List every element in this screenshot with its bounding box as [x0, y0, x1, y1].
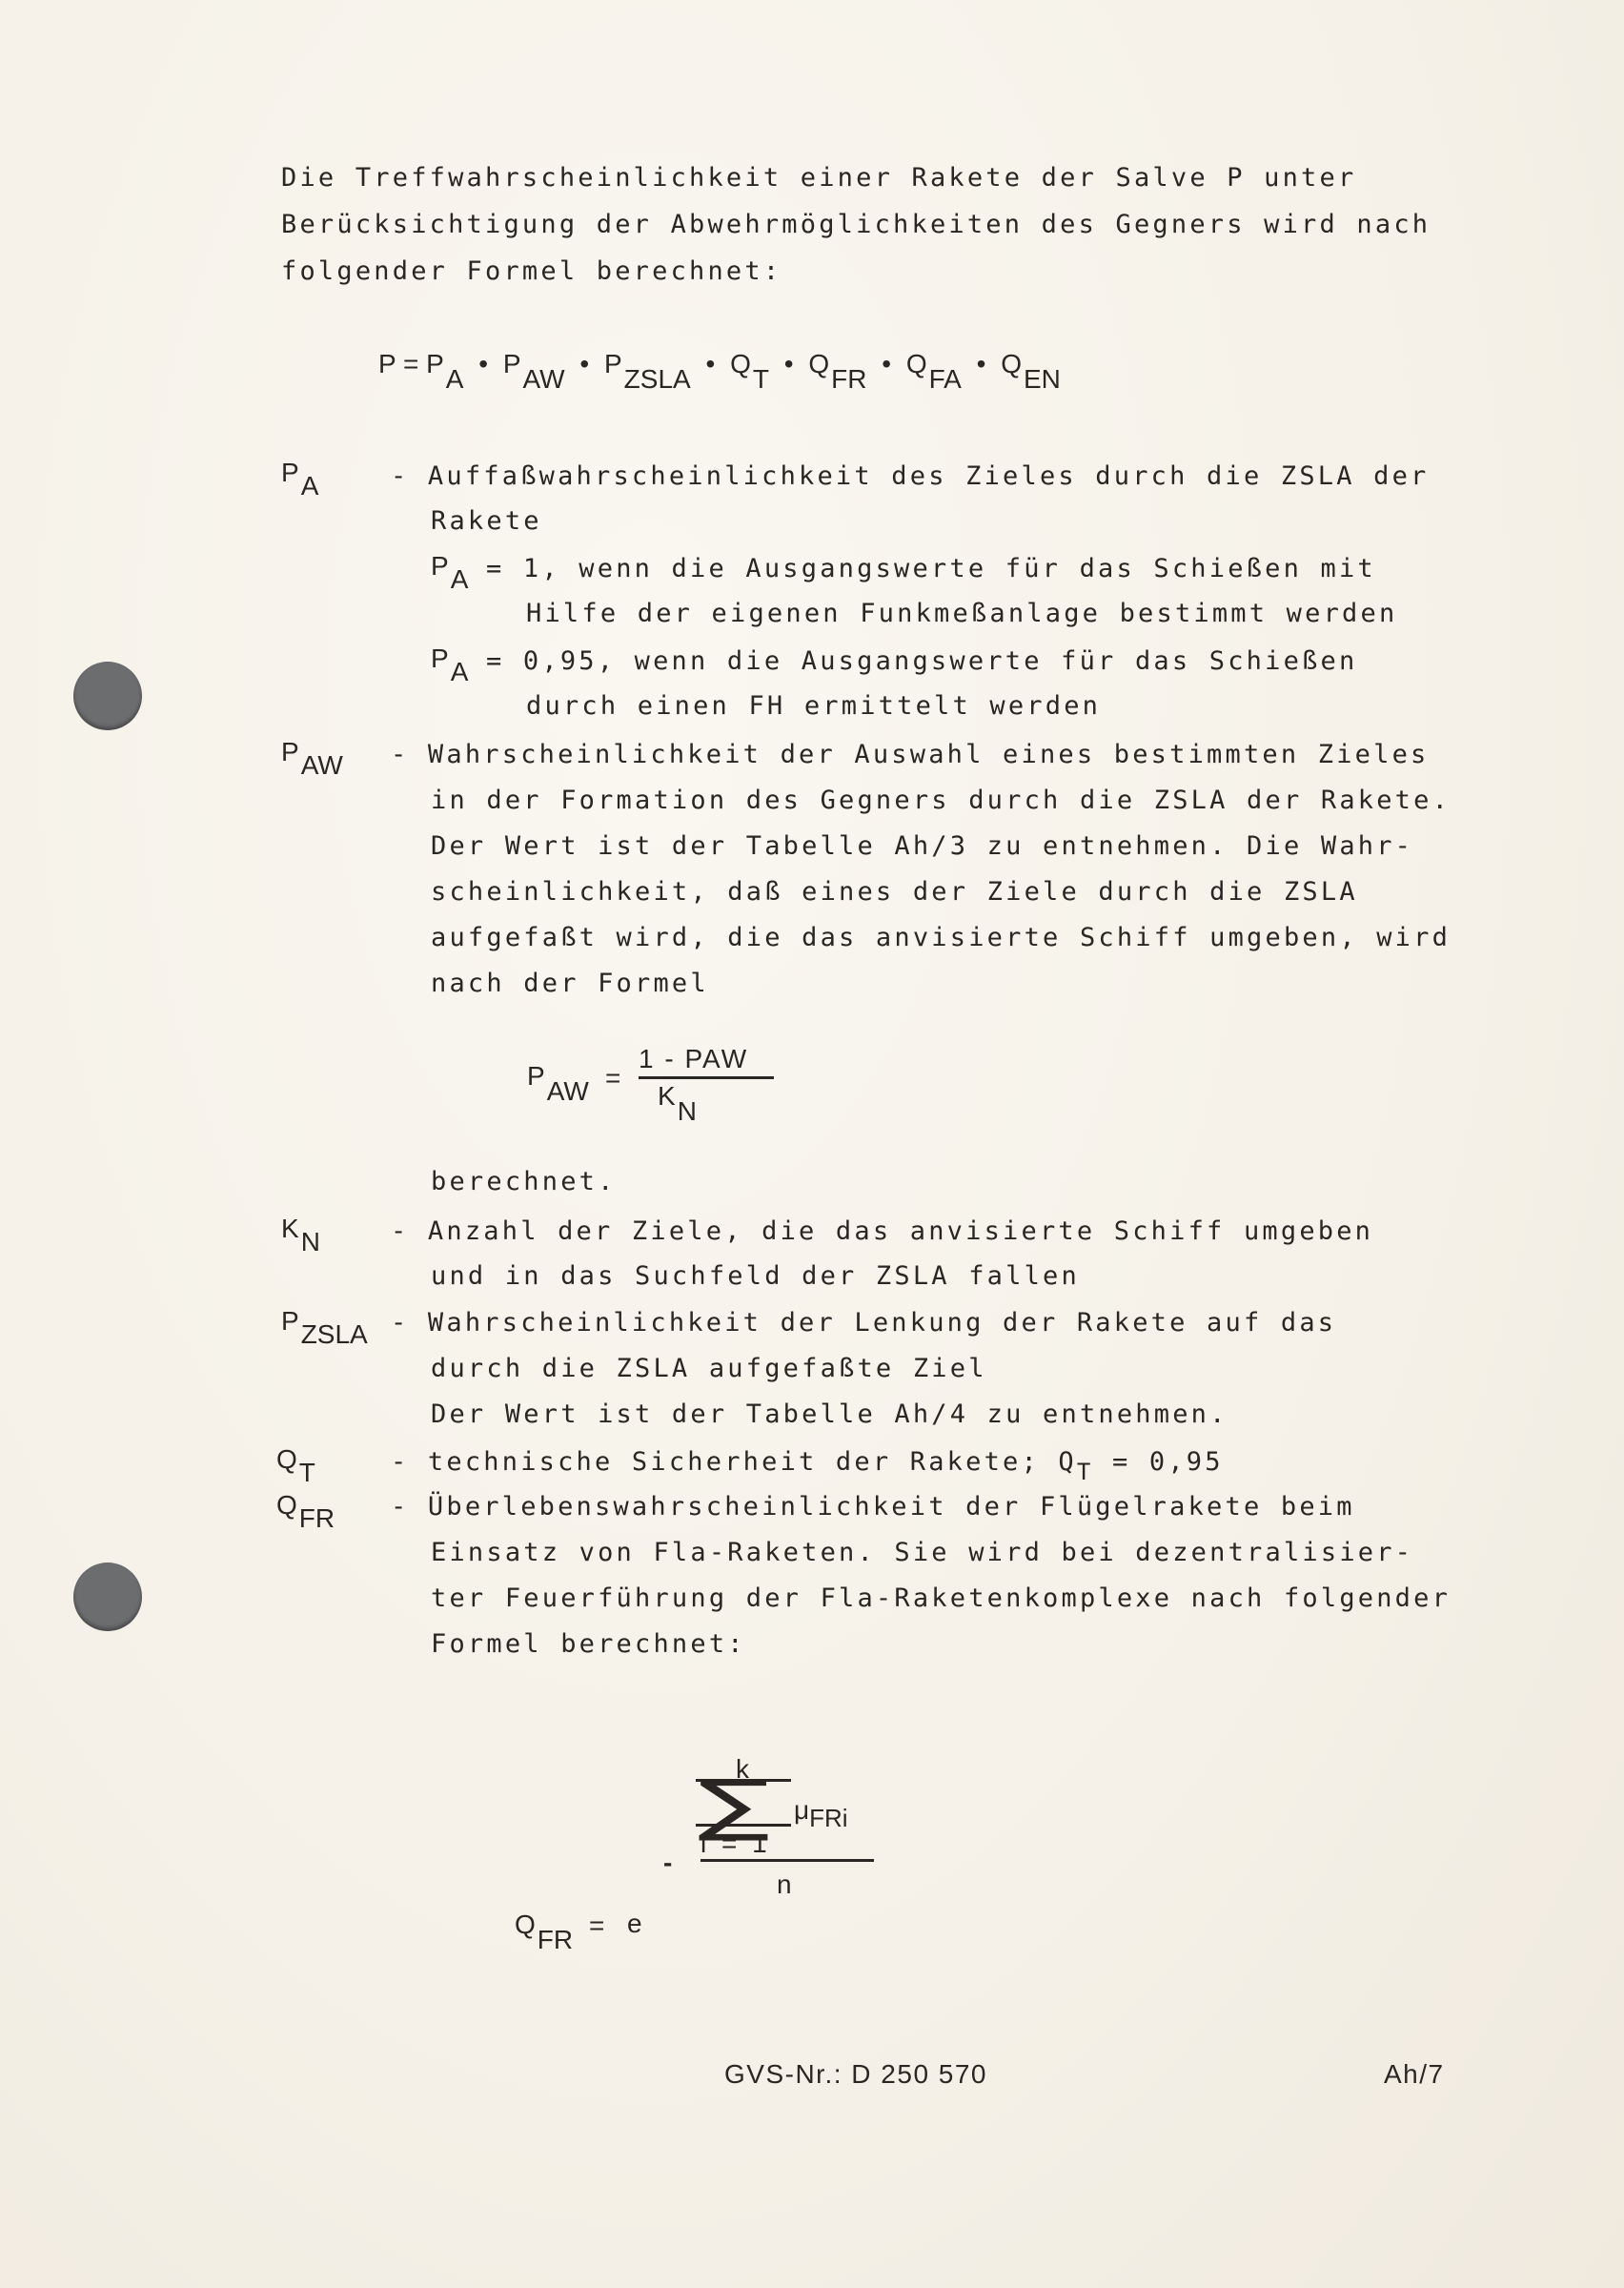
multiply-dot: • [969, 349, 993, 378]
definition-text: Einsatz von Fla-Raketen. Sie wird bei de… [431, 1540, 1413, 1565]
case-text: Hilfe der eigenen Funkmeßanlage bestimmt… [526, 601, 1397, 626]
intro-line: folgender Formel berechnet: [281, 258, 782, 284]
symbol-qt: QT [276, 1446, 315, 1486]
definition-text: Rakete [431, 508, 542, 534]
qfr-lhs: QFR [515, 1911, 573, 1953]
formula-term: PA [426, 349, 463, 378]
formula-term: QT [730, 349, 769, 378]
multiply-dot: • [777, 349, 801, 378]
main-formula: P = PA • PAW • PZSLA • QT • QFR • QFA • … [378, 351, 1061, 393]
multiply-dot: • [573, 349, 597, 378]
definition-text: berechnet. [431, 1169, 617, 1195]
punch-hole [73, 1563, 142, 1631]
multiply-dot: • [874, 349, 898, 378]
definition-text: - Überlebenswahrscheinlichkeit der Flüge… [391, 1494, 1355, 1520]
multiply-dot: • [699, 349, 722, 378]
symbol-pa: PA [431, 553, 468, 593]
sum-bottom-bar [696, 1824, 791, 1827]
punch-hole [73, 662, 142, 730]
symbol-paw: PAW [281, 739, 343, 779]
symbol-pa: PA [281, 460, 318, 500]
document-page: Die Treffwahrscheinlichkeit einer Rakete… [0, 0, 1624, 2288]
case-text: = 0,95, wenn die Ausgangswerte für das S… [486, 648, 1357, 674]
definition-text: - technische Sicherheit der Rakete; QT =… [391, 1449, 1224, 1483]
exponent-minus: - [663, 1849, 672, 1876]
symbol-pa: PA [431, 645, 468, 685]
paw-numerator: 1 - PAW [639, 1046, 748, 1072]
exponent-denominator: n [777, 1871, 792, 1898]
multiply-dot: • [471, 349, 495, 378]
definition-text: Der Wert ist der Tabelle Ah/4 zu entnehm… [431, 1401, 1228, 1427]
symbol-kn: KN [281, 1215, 320, 1256]
definition-text: durch die ZSLA aufgefaßte Ziel [431, 1356, 987, 1381]
definition-text: aufgefaßt wird, die das anvisierte Schif… [431, 925, 1451, 950]
definition-text: - Auffaßwahrscheinlichkeit des Zieles du… [391, 463, 1430, 489]
definition-text: und in das Suchfeld der ZSLA fallen [431, 1263, 1080, 1289]
case-text: durch einen FH ermittelt werden [526, 693, 1101, 719]
definition-text: Der Wert ist der Tabelle Ah/3 zu entnehm… [431, 833, 1413, 859]
sum-term: μFRi [794, 1797, 848, 1824]
symbol-pzsla: PZSLA [281, 1308, 368, 1348]
sum-lower-limit: i = 1 [700, 1830, 771, 1857]
symbol-qfr: QFR [276, 1492, 335, 1532]
definition-text: - Anzahl der Ziele, die das anvisierte S… [391, 1218, 1373, 1244]
page-reference: Ah/7 [1384, 2059, 1445, 2090]
definition-text: ter Feuerführung der Fla-Raketenkomplexe… [431, 1585, 1451, 1611]
formula-term: PZSLA [604, 349, 691, 378]
paw-denominator: KN [658, 1083, 697, 1125]
base-e: e [627, 1910, 642, 1937]
intro-line: Die Treffwahrscheinlichkeit einer Rakete… [281, 165, 1356, 191]
formula-term: PAW [503, 349, 565, 378]
definition-text: - Wahrscheinlichkeit der Lenkung der Rak… [391, 1310, 1336, 1336]
formula-term: QFA [906, 349, 962, 378]
definition-text: in der Formation des Gegners durch die Z… [431, 787, 1451, 813]
intro-line: Berücksichtigung der Abwehrmöglichkeiten… [281, 212, 1431, 237]
formula-term: QEN [1001, 349, 1061, 378]
exponent-fraction-bar [700, 1859, 874, 1862]
definition-text: nach der Formel [431, 970, 709, 996]
definition-text: Formel berechnet: [431, 1631, 746, 1657]
definition-text: - Wahrscheinlichkeit der Auswahl eines b… [391, 742, 1430, 767]
document-number: GVS-Nr.: D 250 570 [724, 2059, 987, 2090]
formula-lhs: P = [378, 349, 426, 378]
fraction-bar [639, 1076, 774, 1079]
formula-term: QFR [808, 349, 866, 378]
paw-formula-lhs: PAW [527, 1063, 589, 1105]
paw-formula-eq: = [605, 1065, 620, 1092]
case-text: = 1, wenn die Ausgangswerte für das Schi… [486, 556, 1376, 582]
qfr-eq: = [589, 1912, 604, 1939]
definition-text: scheinlichkeit, daß eines der Ziele durc… [431, 879, 1358, 905]
